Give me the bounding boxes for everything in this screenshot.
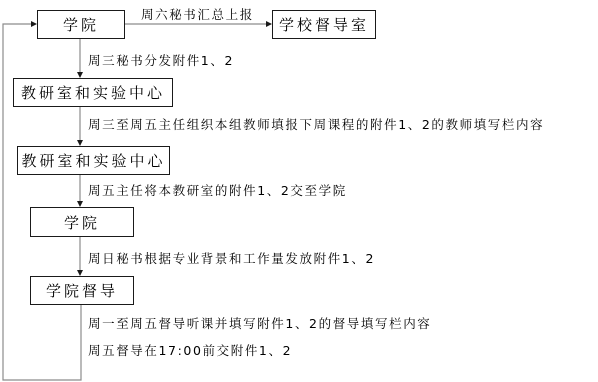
node-college-top: 学院 bbox=[37, 10, 125, 39]
edge-label-submit-to-college: 周五主任将本教研室的附件1、2交至学院 bbox=[88, 184, 347, 198]
edge-label-teachers-fill: 周三至周五主任组织本组教师填报下周课程的附件1、2的教师填写栏内容 bbox=[88, 118, 544, 132]
edge-label-distribute-attachments: 周三秘书分发附件1、2 bbox=[88, 54, 234, 68]
edge-label-supervisor-observe: 周一至周五督导听课并填写附件1、2的督导填写栏内容 bbox=[88, 317, 431, 331]
node-college-middle: 学院 bbox=[30, 207, 134, 237]
node-college-supervisor: 学院督导 bbox=[30, 276, 134, 305]
edge-label-distribute-by-workload: 周日秘书根据专业背景和工作量发放附件1、2 bbox=[88, 252, 375, 266]
node-teaching-research-lab-2: 教研室和实验中心 bbox=[17, 146, 170, 175]
edge-label-weekly-report: 周六秘书汇总上报 bbox=[141, 8, 254, 22]
node-school-supervision-office: 学校督导室 bbox=[272, 10, 376, 39]
edge-label-supervisor-deadline: 周五督导在17:00前交附件1、2 bbox=[88, 344, 292, 358]
node-teaching-research-lab-1: 教研室和实验中心 bbox=[13, 78, 173, 107]
